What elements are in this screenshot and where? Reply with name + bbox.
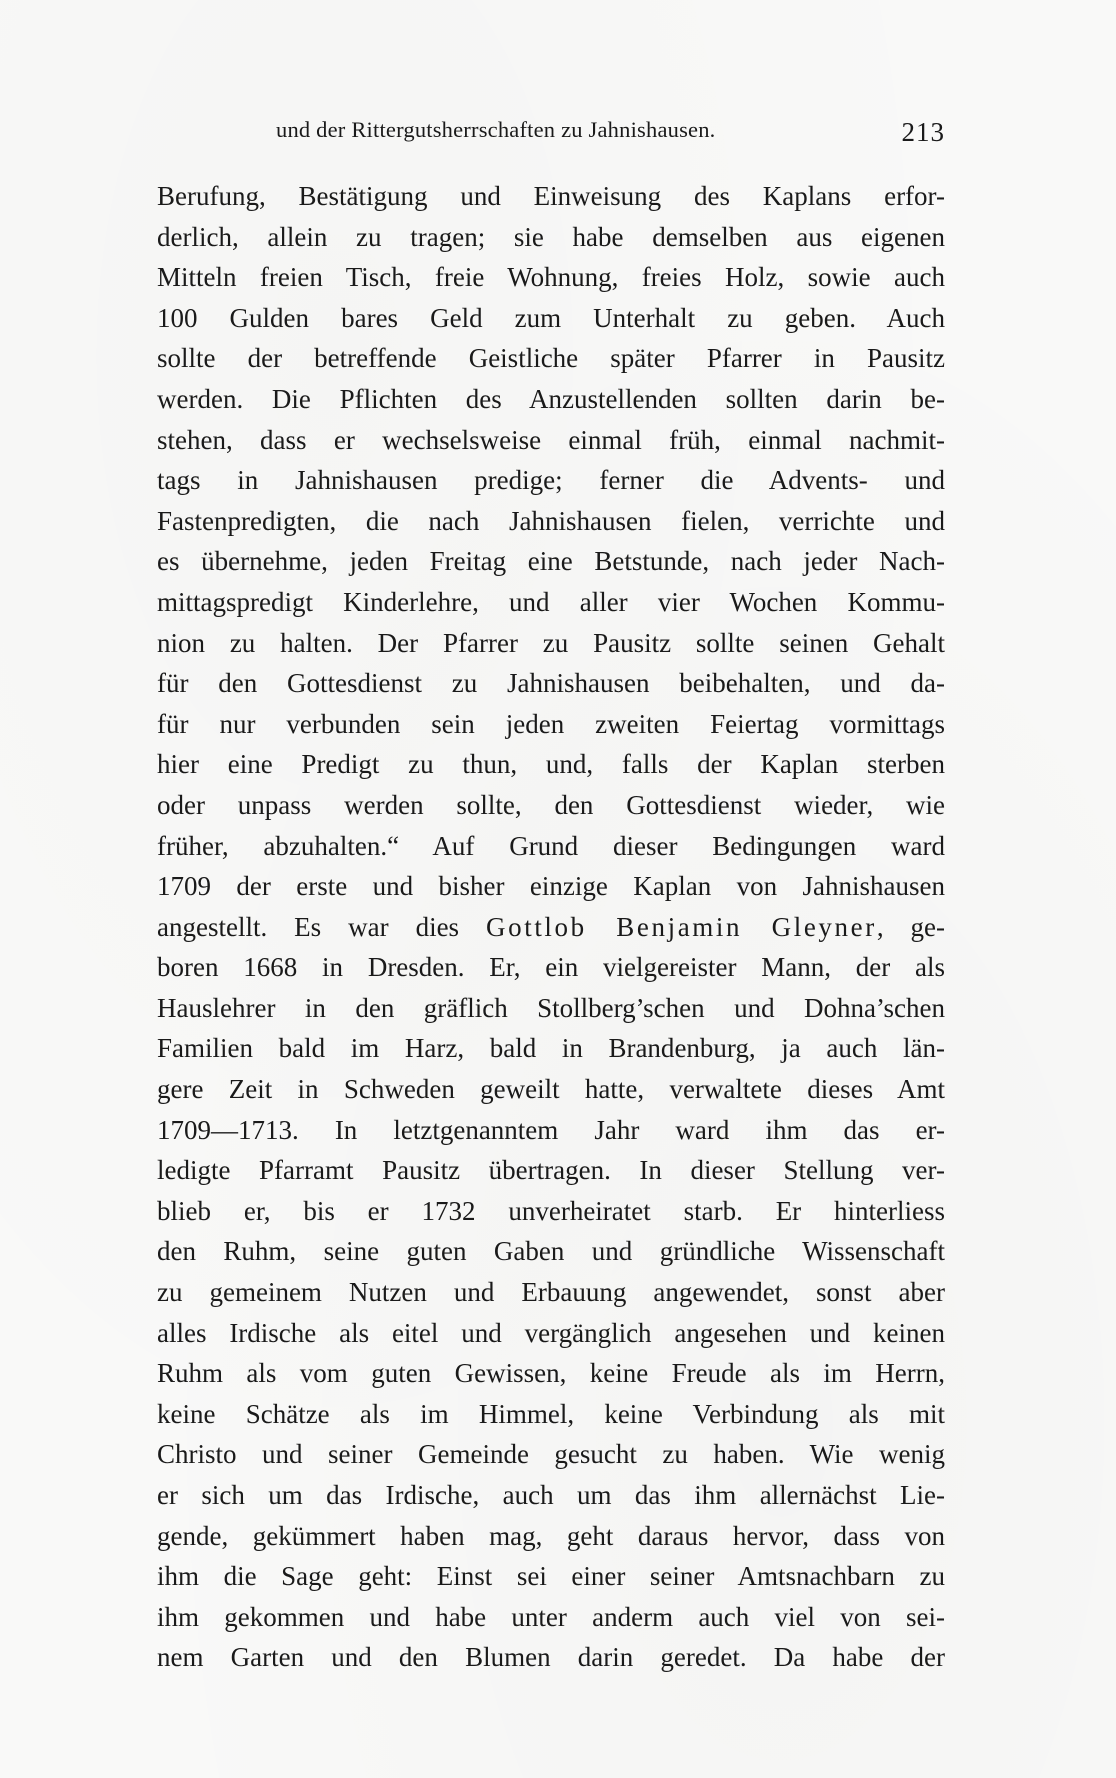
text-line: keine Schätze als im Himmel, keine Verbi… [157, 1394, 945, 1435]
text-line: gende, gekümmert haben mag, geht daraus … [157, 1516, 945, 1557]
text-line: ihm die Sage geht: Einst sei einer seine… [157, 1556, 945, 1597]
text-line: für nur verbunden sein jeden zweiten Fei… [157, 704, 945, 745]
text-line: Fastenpredigten, die nach Jahnishausen f… [157, 501, 945, 542]
text-line: für den Gottesdienst zu Jahnishausen bei… [157, 663, 945, 704]
text-fragment: , ge- [877, 912, 945, 942]
text-line: er sich um das Irdische, auch um das ihm… [157, 1475, 945, 1516]
text-line: den Ruhm, seine guten Gaben und gründlic… [157, 1231, 945, 1272]
text-line: Christo und seiner Gemeinde gesucht zu h… [157, 1434, 945, 1475]
text-line: 1709 der erste und bisher einzige Kaplan… [157, 866, 945, 907]
text-line: ihm gekommen und habe unter anderm auch … [157, 1597, 945, 1638]
text-fragment: angestellt. Es war dies [157, 912, 486, 942]
text-line: hier eine Predigt zu thun, und, falls de… [157, 744, 945, 785]
text-line: stehen, dass er wechselsweise einmal frü… [157, 420, 945, 461]
text-line: blieb er, bis er 1732 unverheiratet star… [157, 1191, 945, 1232]
spaced-person-name: Gottlob Benjamin Gleyner [486, 912, 877, 942]
text-line: 100 Gulden bares Geld zum Unterhalt zu g… [157, 298, 945, 339]
text-line: nem Garten und den Blumen darin geredet.… [157, 1637, 945, 1678]
text-line: es übernehme, jeden Freitag eine Betstun… [157, 541, 945, 582]
text-line: werden. Die Pflichten des Anzustellenden… [157, 379, 945, 420]
text-line: sollte der betreffende Geistliche später… [157, 338, 945, 379]
text-line: derlich, allein zu tragen; sie habe dems… [157, 217, 945, 258]
text-line: nion zu halten. Der Pfarrer zu Pausitz s… [157, 623, 945, 664]
text-line: Mitteln freien Tisch, freie Wohnung, fre… [157, 257, 945, 298]
text-line: früher, abzuhalten.“ Auf Grund dieser Be… [157, 826, 945, 867]
text-line: oder unpass werden sollte, den Gottesdie… [157, 785, 945, 826]
text-line: Berufung, Bestätigung und Einweisung des… [157, 176, 945, 217]
running-header: und der Rittergutsherrschaften zu Jahnis… [157, 112, 945, 148]
running-title: und der Rittergutsherrschaften zu Jahnis… [276, 112, 716, 148]
book-page: und der Rittergutsherrschaften zu Jahnis… [0, 0, 1116, 1778]
text-line: Familien bald im Harz, bald in Brandenbu… [157, 1028, 945, 1069]
text-line: Ruhm als vom guten Gewissen, keine Freud… [157, 1353, 945, 1394]
page-number: 213 [902, 114, 946, 150]
text-line: mittagspredigt Kinderlehre, und aller vi… [157, 582, 945, 623]
text-line: Hauslehrer in den gräflich Stollberg’sch… [157, 988, 945, 1029]
text-line: zu gemeinem Nutzen und Erbauung angewend… [157, 1272, 945, 1313]
text-line: alles Irdische als eitel und vergänglich… [157, 1313, 945, 1354]
text-line: gere Zeit in Schweden geweilt hatte, ver… [157, 1069, 945, 1110]
body-text: Berufung, Bestätigung und Einweisung des… [157, 176, 945, 1678]
text-line: boren 1668 in Dresden. Er, ein vielgerei… [157, 947, 945, 988]
text-line: tags in Jahnishausen predige; ferner die… [157, 460, 945, 501]
text-line-with-spaced-name: angestellt. Es war dies Gottlob Benjamin… [157, 907, 945, 948]
text-line: 1709—1713. In letztgenanntem Jahr ward i… [157, 1110, 945, 1151]
text-line: ledigte Pfarramt Pausitz übertragen. In … [157, 1150, 945, 1191]
